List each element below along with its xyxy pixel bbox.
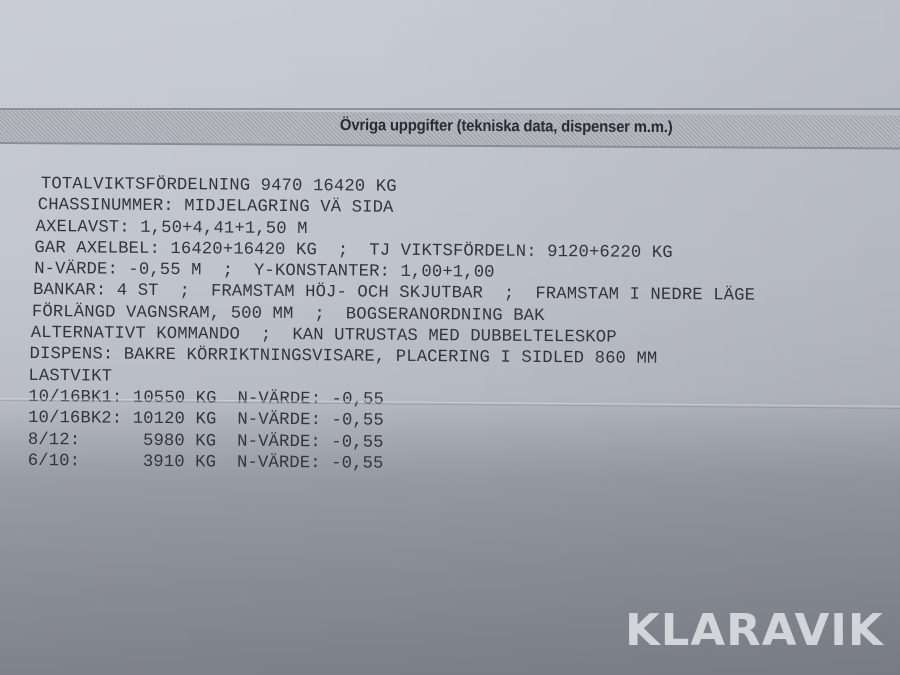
header-border <box>0 108 900 110</box>
technical-data-text: TOTALVIKTSFÖRDELNING 9470 16420 KG CHASS… <box>36 174 756 478</box>
watermark-logo: KLARAVIK <box>625 605 884 656</box>
section-title: Övriga uppgifter (tekniska data, dispens… <box>340 117 673 137</box>
load-weight-row: 6/10: 3910 KG N-VÄRDE: -0,55 <box>28 451 754 478</box>
